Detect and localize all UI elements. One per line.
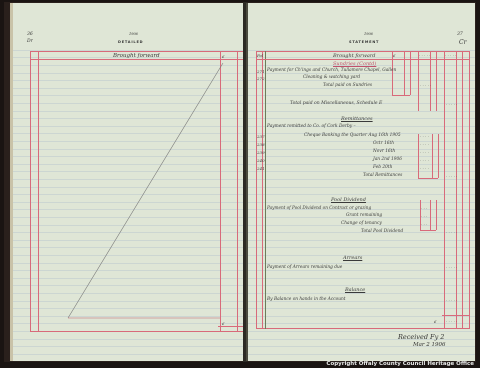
entry-pool-contract: Payment of Pool Dividend on Contract or … [267, 205, 371, 210]
entry-brought-forward-amount: £ [393, 53, 396, 58]
entry-total-miscellaneous: Total paid on Miscellaneous, Schedule E [290, 101, 382, 106]
right-heading: STATEMENT [349, 40, 379, 44]
right-grand-total: · · · · · [446, 319, 457, 324]
pool-amount-3: · · · [421, 222, 427, 227]
entry-balance: By Balance on hands in the Account [267, 297, 346, 302]
right-page-number: 37 [457, 32, 463, 37]
remit-col-left [418, 134, 419, 178]
remit-col-close [418, 178, 438, 179]
entry-pool-tenancy: Change of tenancy [341, 221, 382, 226]
balance-amount: · · · · · [446, 298, 457, 303]
entry-remit-feb: Feb 20th [373, 165, 392, 170]
entry-remit-oct: Octr 16th [373, 141, 394, 146]
ledger-book: 36 Dr 1906 DETAILED Brought forward £ £ … [4, 2, 476, 362]
folio-green-rule [265, 51, 266, 329]
entry-total-sundries: Total paid on Sundries [323, 83, 372, 88]
folio-header: Fol [257, 53, 263, 58]
entry-chapel-payment: Payment for Ch'ings and Church, Tullamor… [267, 68, 396, 73]
pool-amount-1: · · · [421, 206, 427, 211]
folio-271: 271 [257, 69, 265, 74]
remit-amount-1: · · · · [420, 134, 429, 139]
copyright-notice: Copyright Offaly County Council Heritage… [326, 361, 474, 367]
total-sundries-amount: · · · · · [420, 83, 431, 88]
entry-cleaning: Cleaning & watching yard [303, 75, 360, 80]
right-total-top-rule [442, 315, 470, 316]
folio-239: 239 [257, 150, 265, 155]
remit-col-mid [432, 134, 433, 178]
col3-right-rule [462, 51, 463, 329]
folio-240: 240 [257, 158, 265, 163]
col1-right-rule [410, 51, 411, 95]
pool-col-close [420, 230, 436, 231]
pool-col-mid [430, 200, 431, 230]
pool-amount-2: · · · [421, 214, 427, 219]
entry-arrears: Payment of Arrears remaining due [267, 265, 342, 270]
col2-mid-rule [430, 51, 431, 111]
remit-amount-2: · · · · [420, 142, 429, 147]
col1-mid-rule [404, 51, 405, 95]
left-page: 36 Dr 1906 DETAILED Brought forward £ £ [10, 3, 246, 361]
total-misc-amount: · · · · · [446, 102, 457, 107]
right-bottom-total: £ [434, 319, 437, 324]
folio-col-rule [262, 51, 263, 329]
remit-amount-4: · · · · [420, 158, 429, 163]
entry-brought-forward: Brought forward [333, 53, 375, 59]
remit-col-right [438, 134, 439, 178]
folio-238: 238 [257, 142, 265, 147]
right-page-header-band [248, 3, 475, 43]
heading-remittances: Remittances [341, 116, 373, 122]
col3-mid-rule [456, 51, 457, 329]
right-side-marker: Cr [459, 39, 466, 46]
folio-241: 241 [257, 166, 265, 171]
right-header-rule [256, 59, 470, 60]
entry-sundries-heading: Sundries (Contd) [333, 61, 376, 67]
col2-amount-brought: · · · · · [419, 53, 430, 58]
heading-pool-dividend: Pool Dividend [331, 197, 366, 203]
col1-close-rule [392, 95, 410, 96]
col2-right-rule [436, 51, 437, 111]
arrears-amount: · · · · · [446, 265, 457, 270]
pool-col-right [436, 200, 437, 230]
entry-remit-aug: Cheque Banking the Quarter Aug 16th 1905 [304, 133, 401, 138]
entry-remitted: Payment remitted to Co. of Cork Derby – [267, 124, 356, 129]
entry-total-pool: Total Pool Dividend [361, 229, 403, 234]
cancel-stroke [13, 3, 249, 361]
folio-237: 237 [257, 134, 265, 139]
signature-date: Mar 2 1906 [413, 342, 446, 348]
heading-balance: Balance [345, 287, 365, 293]
received-signature: Received Fy 2 [398, 333, 444, 341]
entry-total-remittances: Total Remittances [363, 173, 402, 178]
col2-left-rule [418, 51, 419, 111]
total-remit-amount: · · · · · [446, 174, 457, 179]
remit-amount-3: · · · · [420, 150, 429, 155]
entry-remit-nov: Novr 16th [373, 149, 395, 154]
col3-left-rule [444, 51, 445, 329]
total-pool-amount: · · · · · [446, 230, 457, 235]
heading-arrears: Arrears [343, 255, 362, 261]
entry-pool-grant: Grant remaining [346, 213, 382, 218]
right-year: 1906 [364, 32, 373, 36]
remit-amount-5: · · · · [420, 166, 429, 171]
entry-remit-jan: Jan 2nd 1906 [373, 157, 402, 162]
col3-amount-brought: · · · · · [445, 53, 456, 58]
right-page: 37 Cr 1906 STATEMENT Fol Brought [246, 3, 475, 361]
folio-272: 272 [257, 76, 265, 81]
